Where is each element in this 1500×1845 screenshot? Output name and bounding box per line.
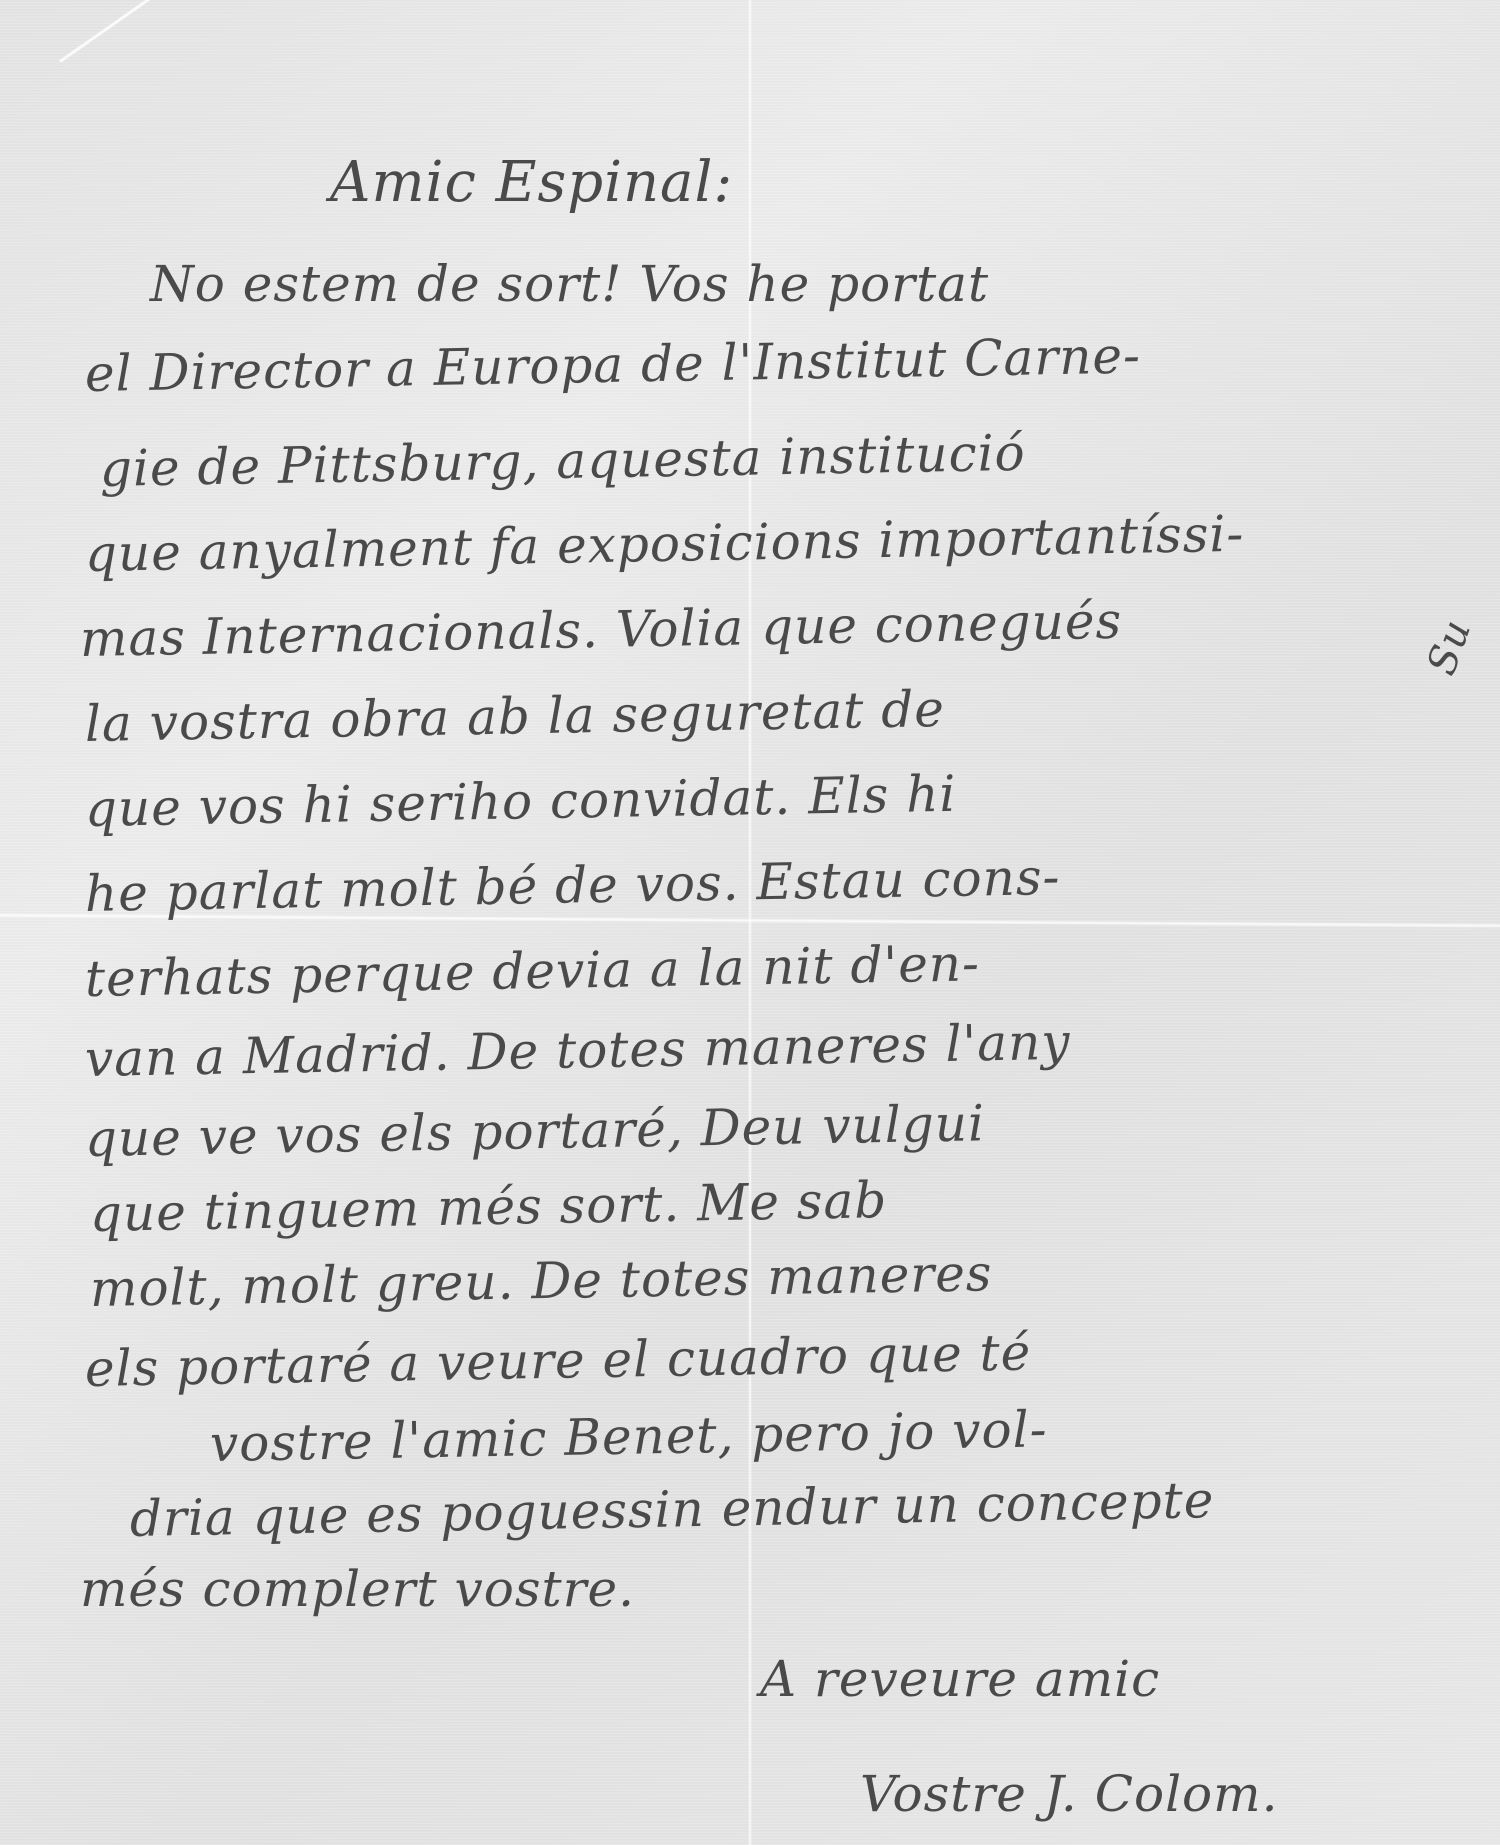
letter-line-15: vostre l'amic Benet, pero jo vol- xyxy=(209,1400,1047,1473)
letter-line-8: he parlat molt bé de vos. Estau cons- xyxy=(84,848,1060,923)
letter-line-14: els portaré a veure el cuadro que té xyxy=(84,1323,1031,1398)
letter-paper: Amic Espinal: No estem de sort! Vos he p… xyxy=(0,0,1500,1845)
letter-line-13: molt, molt greu. De totes maneres xyxy=(89,1244,992,1318)
letter-line-3: gie de Pittsburg, aquesta institució xyxy=(99,424,1026,498)
letter-greeting: Amic Espinal: xyxy=(330,150,733,215)
letter-line-7: que vos hi seriho convidat. Els hi xyxy=(84,765,956,838)
letter-line-12: que tinguem més sort. Me sab xyxy=(89,1171,887,1243)
margin-note: Su xyxy=(1418,613,1480,681)
letter-line-11: que ve vos els portaré, Deu vulgui xyxy=(84,1094,985,1168)
letter-line-16: dria que es poguessin endur un concepte xyxy=(129,1471,1214,1548)
corner-fold-crease xyxy=(59,0,306,63)
letter-line-6: la vostra obra ab la seguretat de xyxy=(84,680,945,753)
letter-line-9: terhats perque devia a la nit d'en- xyxy=(84,934,980,1008)
letter-signature: Vostre J. Colom. xyxy=(860,1765,1278,1823)
letter-line-5: mas Internacionals. Volia que conegués xyxy=(79,592,1122,668)
letter-line-2: el Director a Europa de l'Institut Carne… xyxy=(84,327,1141,403)
letter-line-10: van a Madrid. De totes maneres l'any xyxy=(84,1013,1070,1088)
letter-closing: A reveure amic xyxy=(760,1650,1160,1708)
letter-line-17: més complert vostre. xyxy=(80,1560,635,1618)
letter-line-1: No estem de sort! Vos he portat xyxy=(150,255,989,313)
letter-line-4: que anyalment fa exposicions importantís… xyxy=(84,505,1244,583)
